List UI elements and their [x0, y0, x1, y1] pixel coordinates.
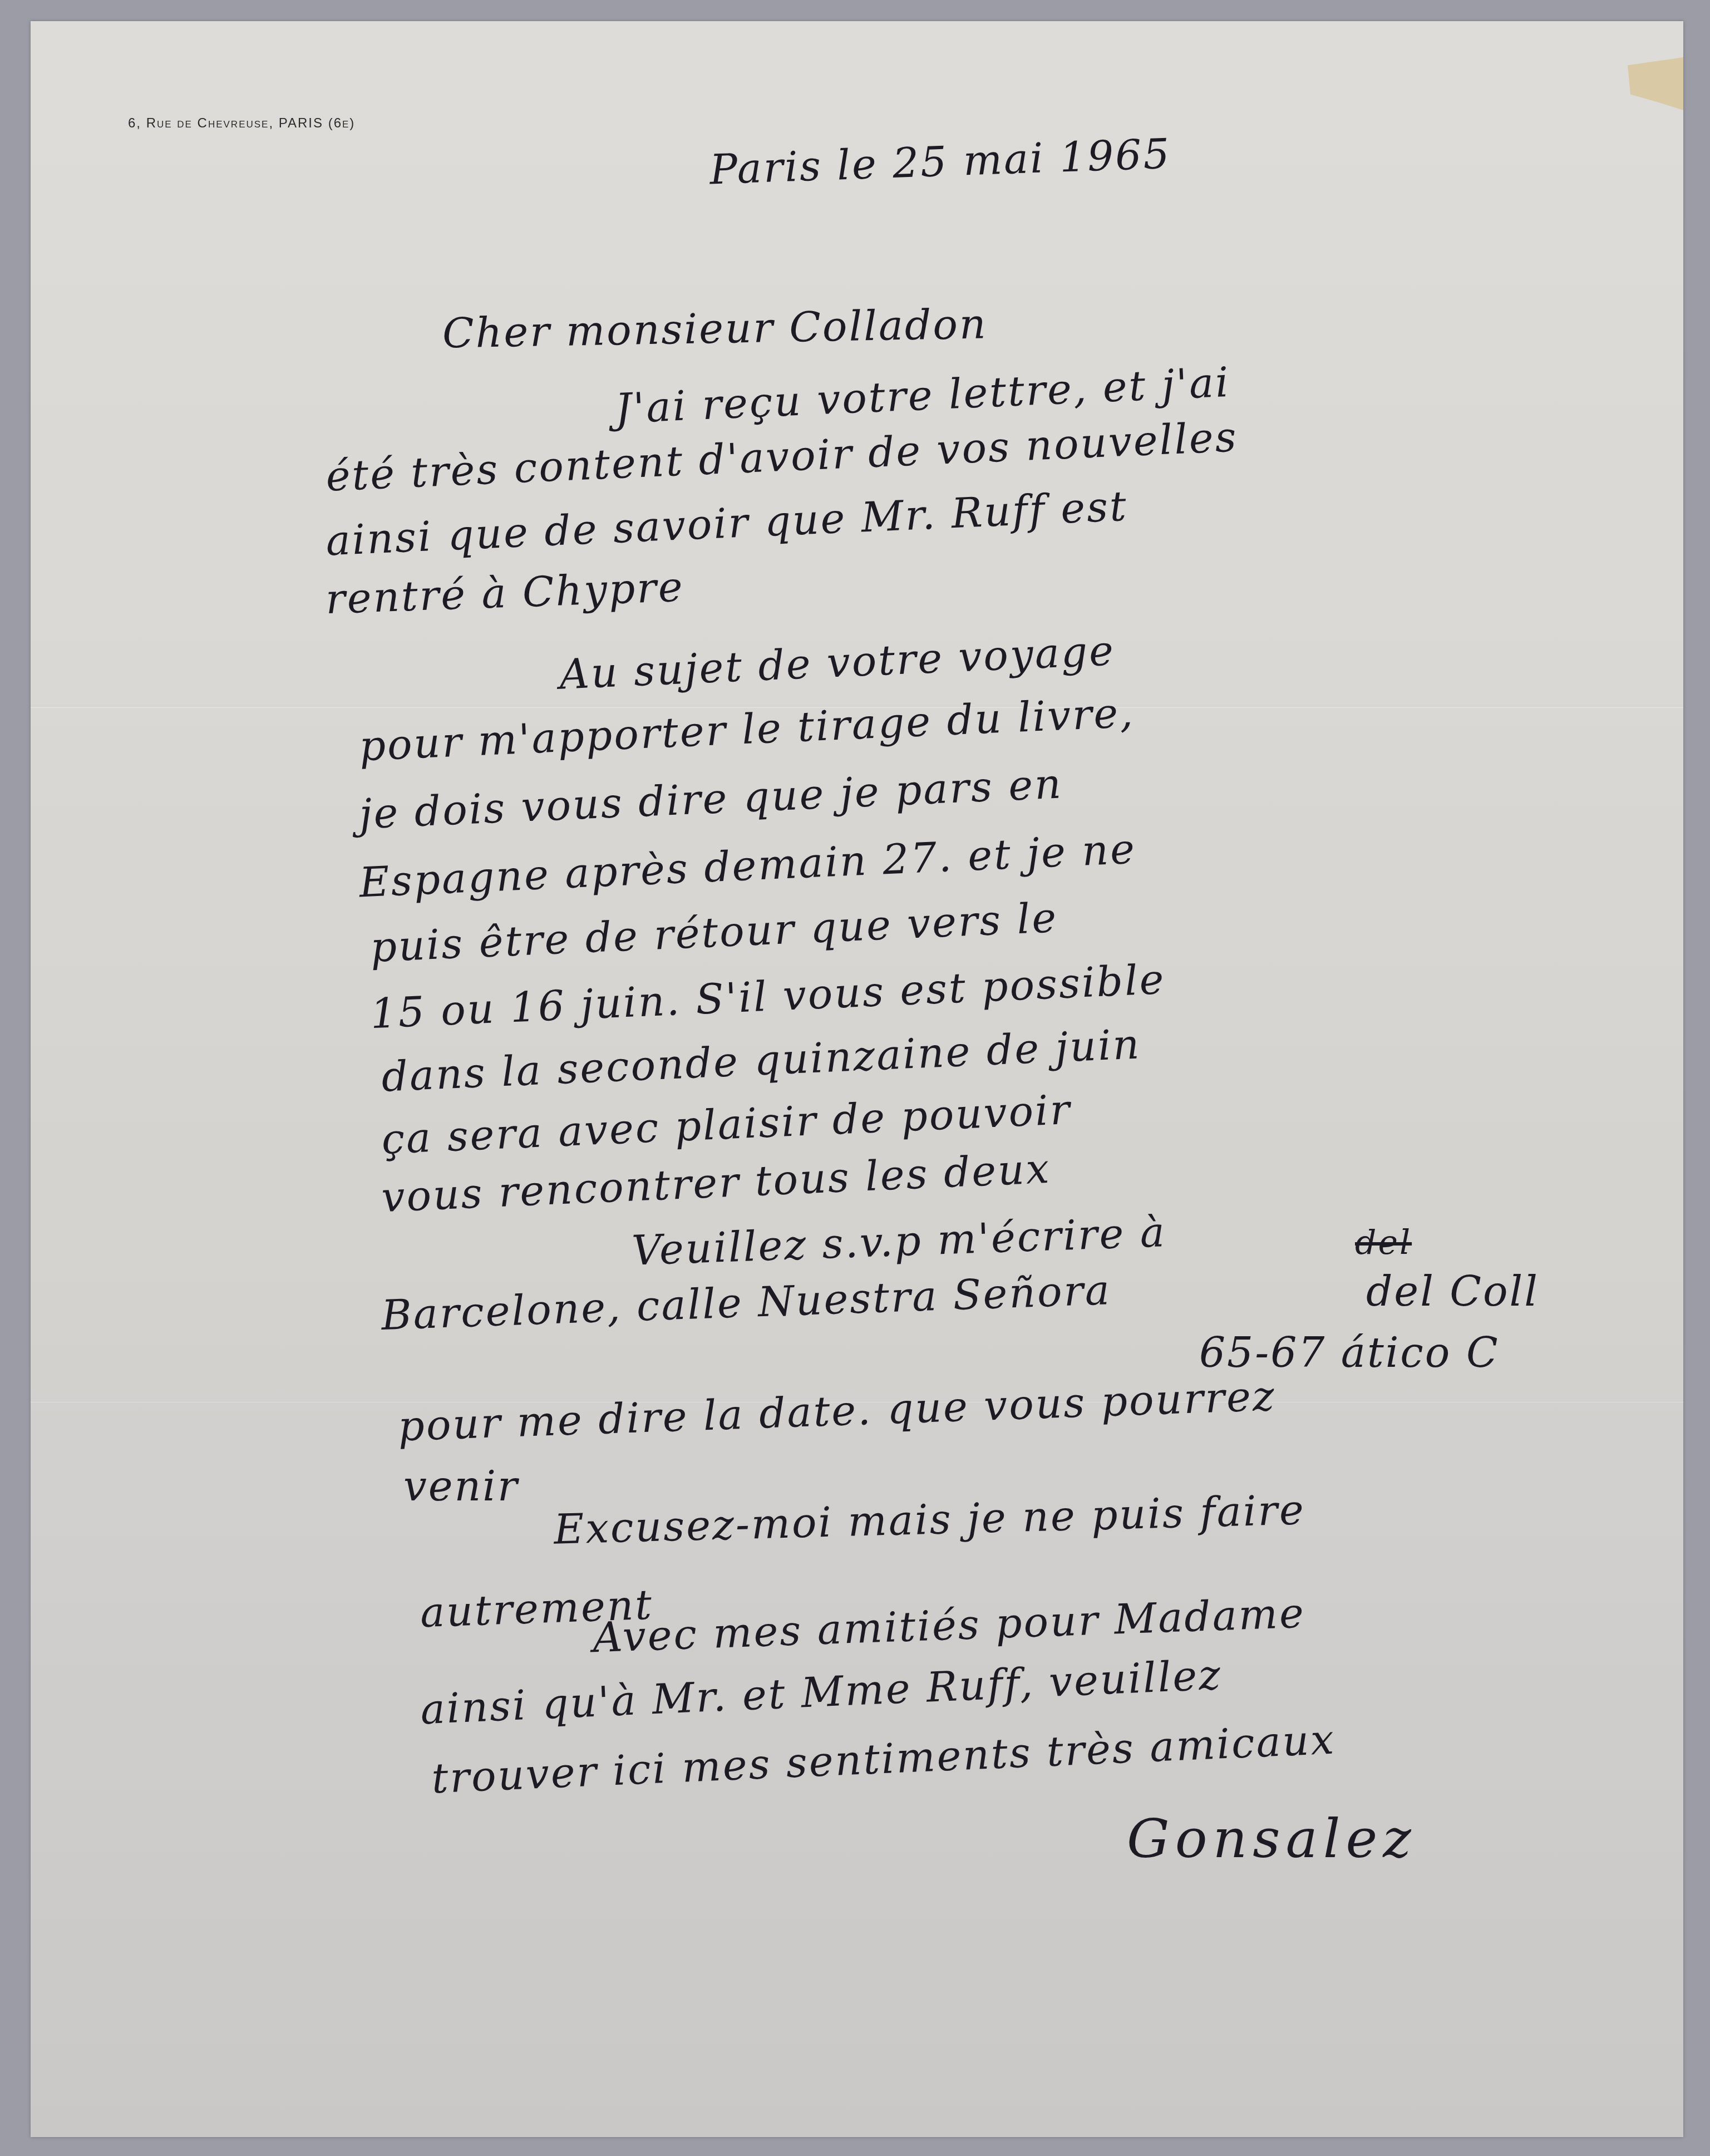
letter-line: ainsi qu'à Mr. et Mme Ruff, veuillez [420, 1651, 1223, 1734]
letter-line: rentré à Chypre [325, 563, 685, 623]
date-line: Paris le 25 mai 1965 [709, 130, 1172, 194]
letter-line: Excusez-moi mais je ne puis faire [553, 1486, 1306, 1553]
letter-line: puis être de rétour que vers le [369, 894, 1059, 972]
letter-line: pour me dire la date. que vous pourrez [397, 1372, 1277, 1450]
letter-paper: 6, Rue de Chevreuse, PARIS (6e) Paris le… [31, 21, 1683, 2137]
letter-line: Au sujet de votre voyage [559, 627, 1116, 699]
address-street-cont: del Coll [1366, 1268, 1539, 1316]
letter-line: pour m'apporter le tirage du livre, [358, 689, 1136, 771]
letter-line: Espagne après demain 27. et je ne [358, 825, 1137, 907]
letter-line: venir [403, 1463, 519, 1510]
signature: Gonsalez [1127, 1808, 1417, 1870]
corner-stain [1628, 57, 1683, 110]
struck-word: del [1355, 1223, 1412, 1262]
salutation: Cher monsieur Colladon [442, 300, 988, 357]
letter-line: Avec mes amitiés pour Madame [592, 1589, 1306, 1662]
letter-line: trouver ici mes sentiments très amicaux [431, 1716, 1337, 1803]
letter-line: je dois vous dire que je pars en [358, 760, 1064, 838]
letter-line: Veuillez s.v.p m'écrire à [631, 1208, 1167, 1274]
address-number: 65-67 ático C [1199, 1329, 1500, 1377]
letterhead-address: 6, Rue de Chevreuse, PARIS (6e) [128, 116, 355, 131]
address-street: Barcelone, calle Nuestra Señora [381, 1266, 1112, 1340]
